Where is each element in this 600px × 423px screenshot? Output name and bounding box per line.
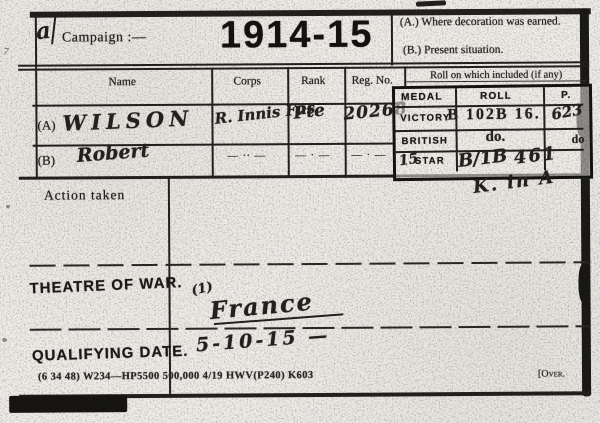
row-b-name: Robert bbox=[76, 139, 150, 166]
action-row-bottom-rule bbox=[29, 261, 589, 266]
over-label: [Over. bbox=[538, 368, 565, 379]
row-a-rank: Pte bbox=[292, 100, 325, 123]
printers-code: (6 34 48) W234—HP5500 500,000 4/19 HWV(P… bbox=[38, 370, 314, 383]
bottom-left-ink-blob bbox=[9, 395, 127, 413]
medal-row-star-roll: B/1B bbox=[457, 145, 509, 172]
action-taken-label: Action taken bbox=[44, 187, 125, 203]
row-a-label: (A) bbox=[37, 118, 55, 134]
right-border-blob-2 bbox=[578, 263, 589, 303]
scan-artifact-left-dot2 bbox=[2, 338, 7, 342]
medal-row-victory-roll: B 102B 16. bbox=[447, 105, 541, 124]
row-b-label: (B) bbox=[38, 153, 55, 169]
col-header-name: Name bbox=[57, 76, 187, 89]
handwritten-corner-mark: a bbox=[34, 17, 52, 45]
medal-row-victory-label: VICTORY bbox=[400, 112, 450, 124]
row-b-rank-ditto: — · — bbox=[295, 148, 331, 162]
card: a Campaign :— 1914-15 (A.) Where decorat… bbox=[32, 8, 591, 409]
scanned-medal-index-card: 7 a Campaign :— 1914-15 (A.) Where decor… bbox=[0, 0, 600, 423]
medal-row-british-roll: do. bbox=[485, 129, 505, 146]
scan-artifact-left-dot bbox=[6, 205, 10, 208]
theatre-of-war-label: THEATRE OF WAR. bbox=[29, 274, 183, 297]
stamp-header-page: P. bbox=[561, 90, 572, 101]
col-header-corps: Corps bbox=[215, 75, 279, 87]
scan-artifact-top-dash bbox=[416, 0, 446, 7]
campaign-year: 1914-15 bbox=[220, 14, 374, 58]
left-margin-mark: 7 bbox=[2, 46, 10, 59]
qualifying-date-label: QUALIFYING DATE. bbox=[32, 343, 189, 365]
campaign-label: Campaign :— bbox=[62, 30, 147, 47]
medal-row-british-label: BRITISH bbox=[402, 135, 449, 147]
medal-roll-stamp-box: MEDAL ROLL P. VICTORY B 102B 16. 623 BRI… bbox=[392, 84, 593, 182]
row-a-name: WILSON bbox=[62, 105, 194, 135]
stamp-header-medal: MEDAL bbox=[401, 92, 443, 104]
medal-row-star-page: 461 bbox=[513, 143, 559, 169]
col-header-roll: Roll on which included (if any) bbox=[406, 69, 586, 82]
col-header-rank: Rank bbox=[288, 75, 338, 87]
col-line-name-corps bbox=[211, 68, 214, 177]
note-b: (B.) Present situation. bbox=[403, 44, 503, 57]
medal-row-star-label: STAR bbox=[415, 156, 445, 167]
row-b-corps-ditto: — ·· — bbox=[227, 148, 266, 162]
notes-box: (A.) Where decoration was earned. (B.) P… bbox=[391, 10, 589, 65]
stamp-header-roll: ROLL bbox=[480, 91, 512, 102]
col-line-reg-roll bbox=[404, 66, 406, 86]
medal-row-british-page: do bbox=[572, 132, 585, 147]
col-header-reg-no: Reg. No. bbox=[344, 74, 400, 86]
row-b-reg-ditto: — · — bbox=[351, 148, 387, 162]
note-a: (A.) Where decoration was earned. bbox=[400, 15, 561, 28]
